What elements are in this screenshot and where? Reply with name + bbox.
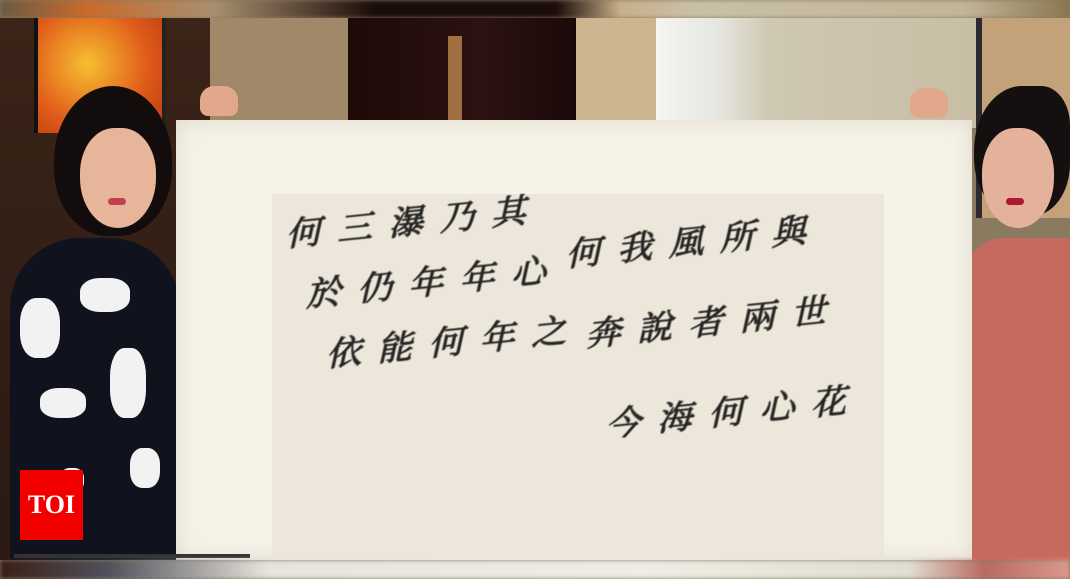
caption-bar [14, 554, 250, 558]
calligraphy-line: 何 三 瀑 乃 其 [284, 192, 534, 254]
woman-left-face [80, 128, 156, 228]
lips [108, 198, 126, 205]
calligraphy-line: 何 我 風 所 與 [564, 212, 814, 274]
calligraphy-line: 依 能 何 年 之 [324, 312, 574, 374]
hand-left [200, 86, 238, 116]
hand-right [910, 88, 948, 118]
photo-scene: 何 三 瀑 乃 其 於 仍 年 年 心 依 能 何 年 之 何 我 風 所 與 … [0, 18, 1070, 560]
lips [1006, 198, 1024, 205]
woman-right-body [964, 238, 1070, 560]
top-blur-border [0, 0, 1070, 18]
door-trim [448, 36, 462, 128]
pattern-patch [110, 348, 146, 418]
toi-logo-text: TOI [28, 490, 75, 520]
pattern-patch [20, 298, 60, 358]
dark-door [348, 18, 576, 128]
woman-right-face [982, 128, 1054, 228]
pattern-patch [80, 278, 130, 312]
calligraphy-line: 於 仍 年 年 心 [304, 252, 554, 314]
calligraphy-panel: 何 三 瀑 乃 其 於 仍 年 年 心 依 能 何 年 之 何 我 風 所 與 … [272, 194, 884, 560]
wall-section [576, 18, 656, 128]
pattern-patch [40, 388, 86, 418]
bottom-blur-border [0, 560, 1070, 579]
calligraphy-scroll: 何 三 瀑 乃 其 於 仍 年 年 心 依 能 何 年 之 何 我 風 所 與 … [176, 120, 972, 560]
calligraphy-line: 奔 說 者 兩 世 [584, 292, 834, 354]
toi-logo: TOI [20, 470, 83, 540]
pattern-patch [130, 448, 160, 488]
calligraphy-line: 今 海 何 心 花 [604, 382, 854, 444]
